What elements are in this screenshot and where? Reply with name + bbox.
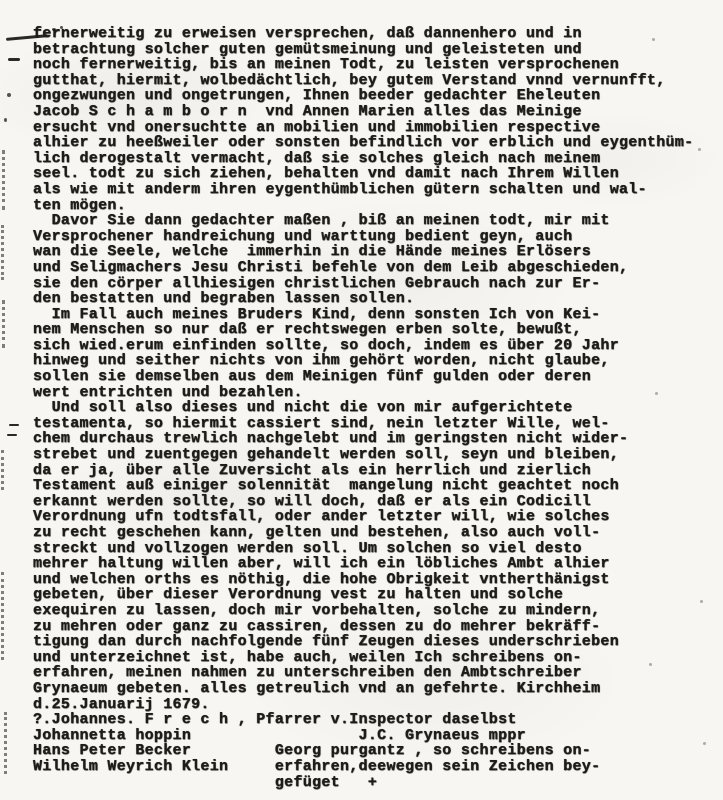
- text-line: betrachtung solcher guten gemütsmeinung …: [33, 42, 713, 58]
- text-line: Davor Sie dann gedachter maßen , biß an …: [33, 213, 713, 229]
- text-line: gefüget +: [33, 775, 713, 791]
- text-line: und unterzeichnet ist, habe auch, weilen…: [33, 650, 713, 666]
- text-line: d.25.Januarij 1679.: [33, 697, 713, 713]
- margin-ink-dot: [7, 93, 11, 97]
- text-line: hinweg und seither nichts von ihm gehört…: [33, 353, 713, 369]
- margin-tick: [9, 424, 19, 426]
- text-line: gebeten, über dieser Verordnung vest zu …: [33, 587, 713, 603]
- text-line: Verordnung ufn todtsfall, oder ander let…: [33, 509, 713, 525]
- binding-smudge: [2, 300, 5, 348]
- text-line: zu mehren oder ganz zu cassiren, dessen …: [33, 619, 713, 635]
- text-line: tigung dan durch nachfolgende fünf Zeuge…: [33, 634, 713, 650]
- text-line: Wilhelm Weyrich Klein erfahren,deewegen …: [33, 759, 713, 775]
- text-line: ?.Johannes. F r e c h , Pfarrer v.Inspec…: [33, 712, 713, 728]
- text-line: fernerweitig zu erweisen versprechen, da…: [33, 26, 713, 42]
- text-line: seel. todt zu sich ziehen, behalten vnd …: [33, 166, 713, 182]
- text-line: Und soll also dieses und nicht die von m…: [33, 400, 713, 416]
- text-line: ersucht vnd onersuchtte an mobilien und …: [33, 120, 713, 136]
- binding-smudge: [1, 572, 4, 660]
- text-line: Versprochener handreichung und warttung …: [33, 229, 713, 245]
- text-line: lich derogestalt vermacht, daß sie solch…: [33, 151, 713, 167]
- text-line: Grynaeum gebeten. alles getreulich vnd a…: [33, 681, 713, 697]
- text-line: sollen sie demselben aus dem Meinigen fü…: [33, 369, 713, 385]
- text-line: und Seligmachers Jesu Christi befehle vo…: [33, 260, 713, 276]
- text-line: strebet und zuentgegen gehandelt werden …: [33, 447, 713, 463]
- text-line: wan die Seele, welche immerhin in die Hä…: [33, 244, 713, 260]
- document-text: fernerweitig zu erweisen versprechen, da…: [33, 26, 713, 790]
- text-line: da er ja, über alle Zuversicht als ein h…: [33, 463, 713, 479]
- text-line: als wie mit anderm ihren eygenthümbliche…: [33, 182, 713, 198]
- text-line: den bestatten und begraben lassen sollen…: [33, 291, 713, 307]
- text-line: Johannetta hoppin J.C. Grynaeus mppr: [33, 728, 713, 744]
- binding-smudge: [2, 150, 5, 210]
- binding-smudge: [1, 450, 4, 490]
- text-line: wert entrichten und bezahlen.: [33, 385, 713, 401]
- margin-tick: [7, 434, 17, 436]
- text-line: streckt und vollzogen werden soll. Um so…: [33, 541, 713, 557]
- text-line: Jacob S c h a m b o r n vnd Annen Marien…: [33, 104, 713, 120]
- text-line: chem durchaus trewlich nachgelebt und im…: [33, 431, 713, 447]
- text-line: zu recht geschehen kann, gelten und best…: [33, 525, 713, 541]
- text-line: mehrer haltung willen aber, will ich ein…: [33, 556, 713, 572]
- margin-tick: [8, 58, 20, 61]
- text-line: sie den cörper allhiesigen christlichen …: [33, 276, 713, 292]
- text-line: nem Menschen so nur daß er rechtswegen e…: [33, 322, 713, 338]
- text-line: Hans Peter Becker Georg purgantz , so sc…: [33, 743, 713, 759]
- margin-ink-dot: [4, 118, 7, 122]
- binding-smudge: [1, 225, 4, 280]
- text-line: ten mögen.: [33, 198, 713, 214]
- text-line: alhier zu heeßweiler oder sonsten befind…: [33, 135, 713, 151]
- text-line: Testament auß einiger solennität mangelu…: [33, 478, 713, 494]
- scanned-document-page: fernerweitig zu erweisen versprechen, da…: [0, 0, 723, 800]
- text-line: noch fernerweitig, bis an meinen Todt, z…: [33, 57, 713, 73]
- text-line: ongezwungen und ongetrungen, Ihnen beede…: [33, 88, 713, 104]
- text-line: erfahren, meinen nahmen zu unterschreibe…: [33, 665, 713, 681]
- text-line: Im Fall auch meines Bruders Kind, denn s…: [33, 307, 713, 323]
- binding-smudge: [4, 712, 7, 774]
- text-line: exequiren zu lassen, doch mir vorbehalte…: [33, 603, 713, 619]
